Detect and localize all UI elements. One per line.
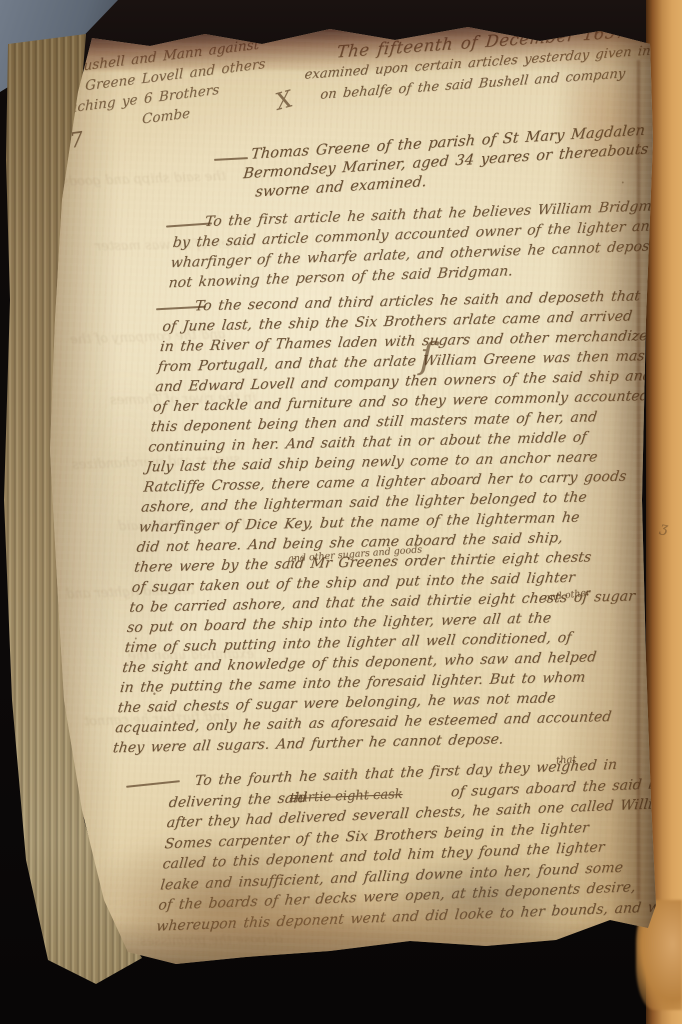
ink-speck-2: • (134, 636, 138, 643)
gutter-crease (637, 60, 640, 900)
ink-speck-1: • (152, 690, 157, 699)
gutter-shadow (554, 0, 656, 1024)
interlineation-3: that (556, 754, 577, 766)
pen-stroke-mark: ſ (419, 336, 434, 377)
photo-of-manuscript: the said shipp and goodswhereof he was m… (0, 0, 682, 1024)
ink-speck-3: • (621, 180, 625, 187)
manuscript-page: the said shipp and goodswhereof he was m… (0, 0, 682, 1024)
